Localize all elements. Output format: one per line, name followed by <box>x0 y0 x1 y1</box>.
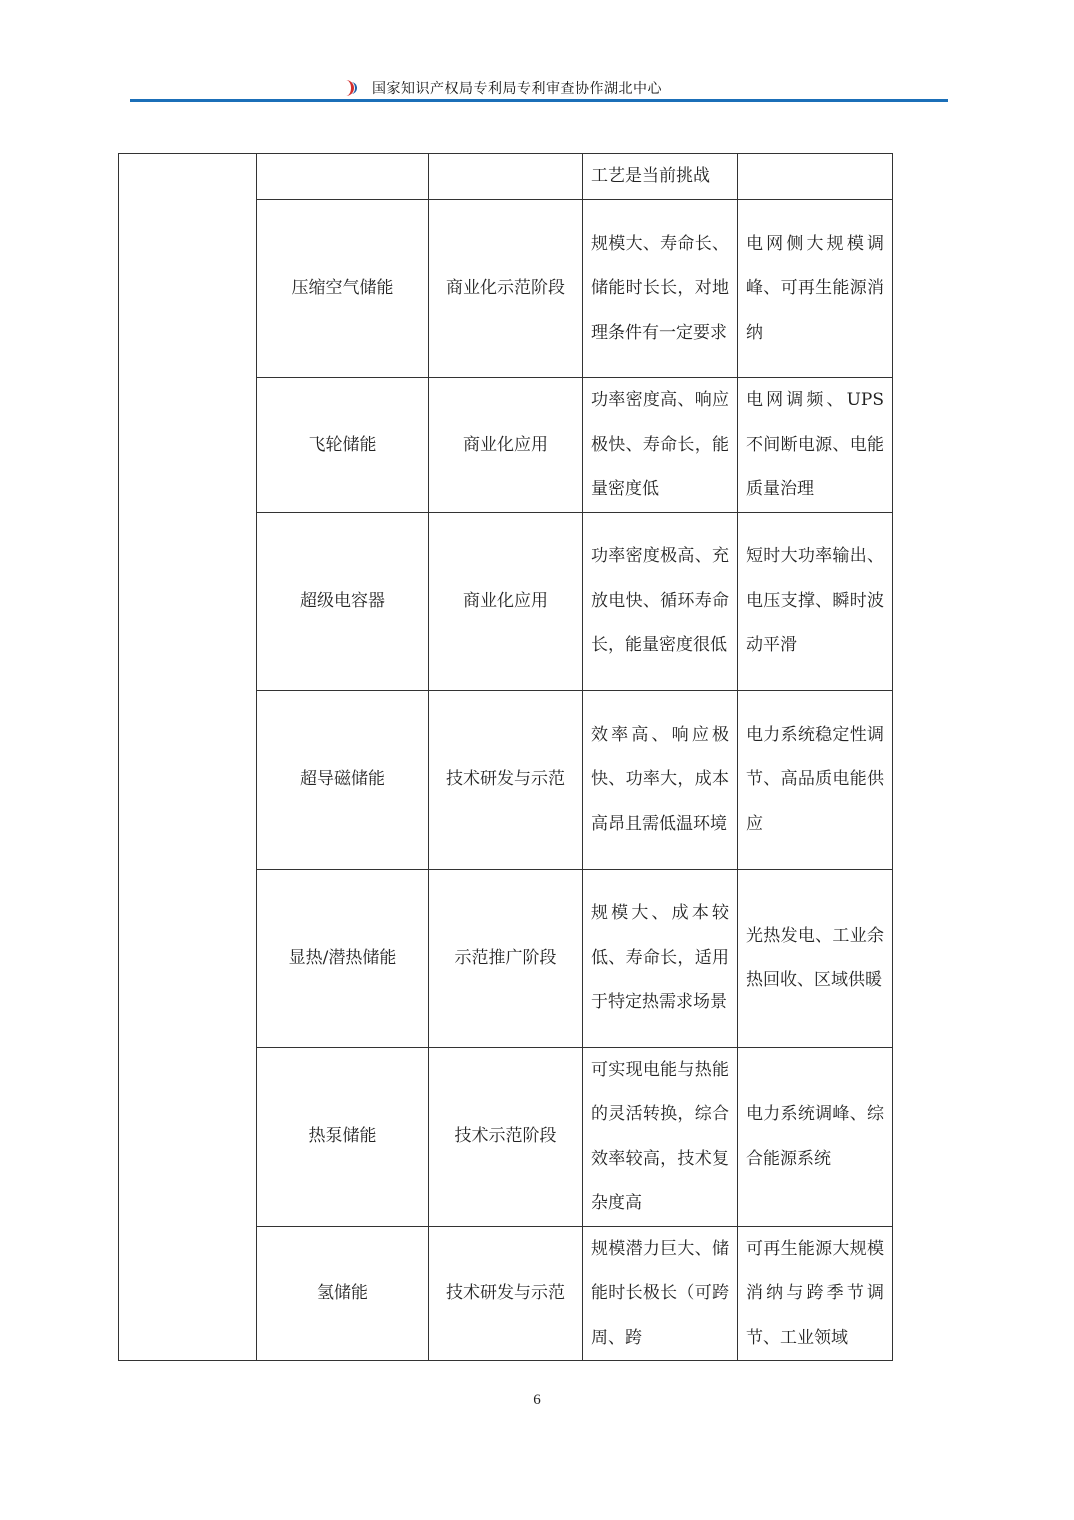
header-content: 国家知识产权局专利局专利审查协作湖北中心 <box>344 78 662 98</box>
applications-cell: 电力系统稳定性调节、高品质电能供应 <box>738 690 893 869</box>
applications-cell: 电网侧大规模调峰、可再生能源消纳 <box>738 200 893 378</box>
page-header: 国家知识产权局专利局专利审查协作湖北中心 <box>130 74 948 102</box>
type-cell <box>257 154 429 200</box>
type-cell: 压缩空气储能 <box>257 200 429 378</box>
features-cell: 效率高、响应极快、功率大，成本高昂且需低温环境 <box>583 690 738 869</box>
stage-cell: 商业化应用 <box>429 512 583 690</box>
stage-cell: 技术示范阶段 <box>429 1047 583 1226</box>
type-cell: 超导磁储能 <box>257 690 429 869</box>
type-cell: 超级电容器 <box>257 512 429 690</box>
page-number: 6 <box>0 1392 1074 1409</box>
stage-cell <box>429 154 583 200</box>
features-cell: 规模大、成本较低、寿命长，适用于特定热需求场景 <box>583 869 738 1047</box>
stage-cell: 示范推广阶段 <box>429 869 583 1047</box>
applications-cell: 电网调频、UPS不间断电源、电能质量治理 <box>738 378 893 513</box>
features-cell: 功率密度高、响应极快、寿命长，能量密度低 <box>583 378 738 513</box>
stage-cell: 技术研发与示范 <box>429 1226 583 1361</box>
stage-cell: 商业化应用 <box>429 378 583 513</box>
category-cell-blank <box>119 154 257 1361</box>
header-divider <box>130 99 948 102</box>
features-cell: 规模大、寿命长、储能时长长，对地理条件有一定要求 <box>583 200 738 378</box>
stage-cell: 技术研发与示范 <box>429 690 583 869</box>
applications-cell <box>738 154 893 200</box>
type-cell: 飞轮储能 <box>257 378 429 513</box>
applications-cell: 可再生能源大规模消纳与跨季节调节、工业领域 <box>738 1226 893 1361</box>
applications-cell: 光热发电、工业余热回收、区域供暖 <box>738 869 893 1047</box>
stage-cell: 商业化示范阶段 <box>429 200 583 378</box>
type-cell: 热泵储能 <box>257 1047 429 1226</box>
type-cell: 显热/潜热储能 <box>257 869 429 1047</box>
cnipa-crescent-logo-icon <box>344 79 360 97</box>
energy-storage-table: 工艺是当前挑战 压缩空气储能 商业化示范阶段 规模大、寿命长、储能时长长，对地理… <box>118 153 893 1361</box>
features-cell: 工艺是当前挑战 <box>583 154 738 200</box>
table-row-continued: 工艺是当前挑战 <box>119 154 893 200</box>
applications-cell: 短时大功率输出、电压支撑、瞬时波动平滑 <box>738 512 893 690</box>
features-cell: 规模潜力巨大、储能时长极长（可跨周、跨 <box>583 1226 738 1361</box>
features-cell: 功率密度极高、充放电快、循环寿命长，能量密度很低 <box>583 512 738 690</box>
logo-blue-arc <box>350 82 357 94</box>
features-cell: 可实现电能与热能的灵活转换，综合效率较高，技术复杂度高 <box>583 1047 738 1226</box>
type-cell: 氢储能 <box>257 1226 429 1361</box>
applications-cell: 电力系统调峰、综合能源系统 <box>738 1047 893 1226</box>
header-title: 国家知识产权局专利局专利审查协作湖北中心 <box>372 78 662 98</box>
